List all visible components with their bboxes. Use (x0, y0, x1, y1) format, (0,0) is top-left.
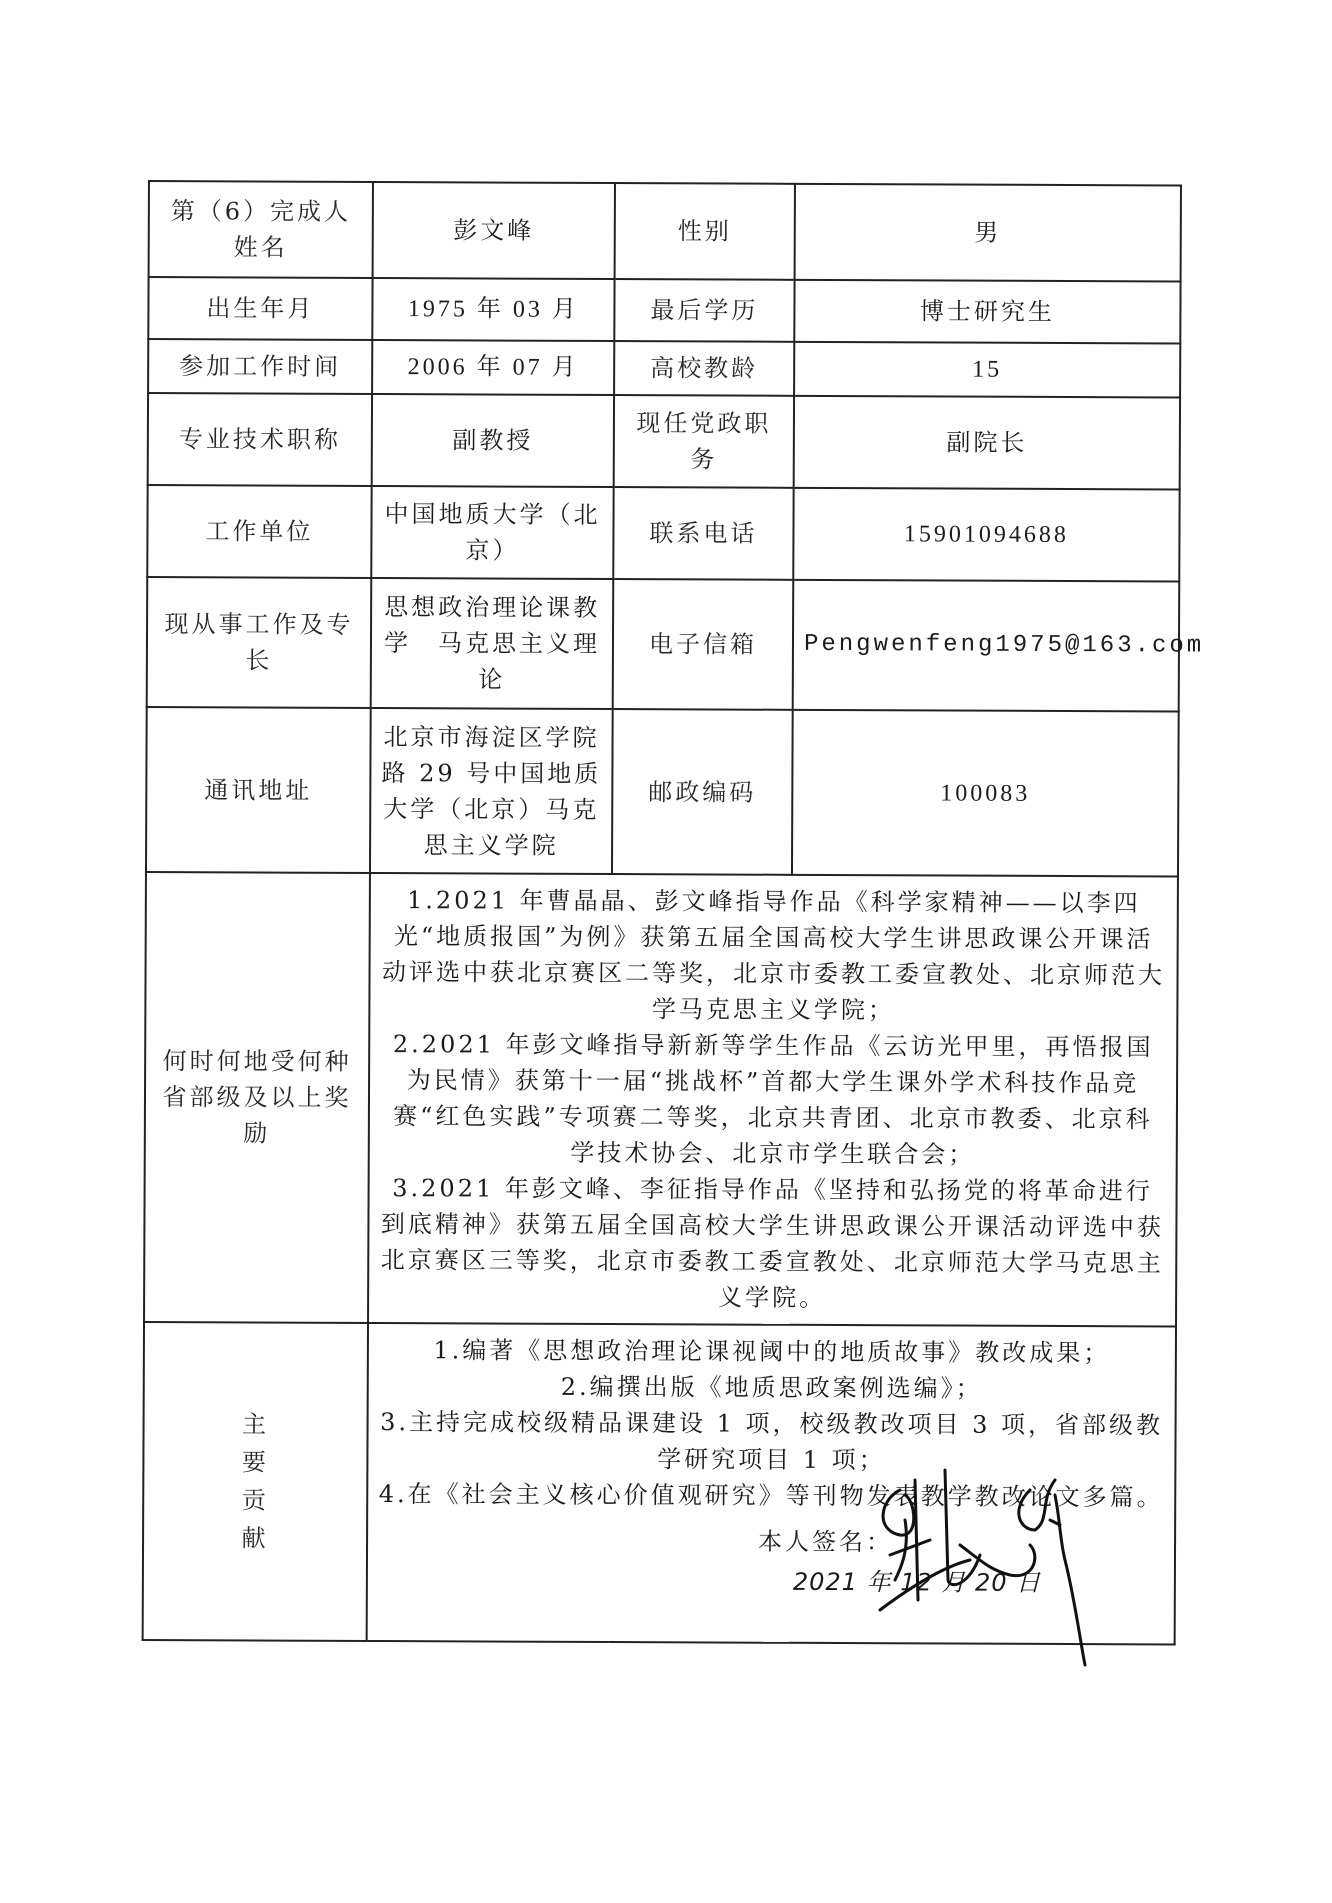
gender-value: 男 (795, 184, 1181, 282)
award-item: 3.2021 年彭文峰、李征指导作品《坚持和弘扬党的将革命进行到底精神》获第五届… (379, 1170, 1166, 1317)
award-item: 2.2021 年彭文峰指导新新等学生作品《云访光甲里，再悟报国为民情》获第十一届… (380, 1026, 1167, 1173)
row-employer-phone: 工作单位 中国地质大学（北京） 联系电话 15901094688 (147, 485, 1179, 582)
specialty-value: 思想政治理论课教学 马克思主义理论 (371, 578, 614, 709)
phone-value: 15901094688 (793, 488, 1179, 582)
row-contributions: 主 要 贡 献 1.编著《思想政治理论课视阈中的地质故事》教改成果； 2.编撰出… (143, 1322, 1176, 1644)
contribution-item: 2.编撰出版《地质思政案例选编》； (379, 1368, 1165, 1407)
birth-value: 1975 年 03 月 (372, 278, 614, 341)
phone-label: 联系电话 (613, 487, 793, 580)
position-label: 现任党政职务 (614, 395, 794, 488)
name-label: 第（6）完成人姓名 (149, 181, 373, 278)
email-label: 电子信箱 (613, 579, 794, 710)
awards-content: 1.2021 年曹晶晶、彭文峰指导作品《科学家精神——以李四光“地质报国”为例》… (368, 873, 1178, 1327)
name-value: 彭文峰 (373, 182, 615, 279)
label-char: 献 (242, 1524, 269, 1552)
teaching-years-label: 高校教龄 (614, 341, 794, 396)
row-awards: 何时何地受何种省部级及以上奖励 1.2021 年曹晶晶、彭文峰指导作品《科学家精… (144, 872, 1178, 1326)
work-start-label: 参加工作时间 (148, 339, 372, 394)
row-name-gender: 第（6）完成人姓名 彭文峰 性别 男 (149, 181, 1181, 282)
signature-label: 本人签名： (758, 1524, 893, 1561)
row-title-position: 专业技术职称 副教授 现任党政职务 副院长 (148, 393, 1180, 490)
contributions-content: 1.编著《思想政治理论课视阈中的地质故事》教改成果； 2.编撰出版《地质思政案例… (367, 1323, 1176, 1645)
teaching-years-value: 15 (794, 342, 1180, 398)
contribution-item: 3.主持完成校级精品课建设 1 项，校级教改项目 3 项，省部级教学研究项目 1… (378, 1404, 1164, 1479)
email-value: Pengwenfeng1975@163.com (793, 580, 1180, 712)
row-address-postcode: 通讯地址 北京市海淀区学院路 29 号中国地质大学（北京）马克思主义学院 邮政编… (146, 707, 1179, 877)
gender-label: 性别 (615, 183, 795, 280)
row-birth-education: 出生年月 1975 年 03 月 最后学历 博士研究生 (148, 277, 1180, 344)
postcode-label: 邮政编码 (612, 709, 793, 875)
employer-value: 中国地质大学（北京） (371, 486, 613, 579)
label-char: 要 (242, 1448, 269, 1476)
contribution-item: 4.在《社会主义核心价值观研究》等刊物发表教学教改论文多篇。 (378, 1476, 1164, 1515)
signature-date: 2021 年 12 月 20 日 (793, 1564, 1041, 1601)
address-label: 通讯地址 (146, 707, 371, 873)
position-value: 副院长 (794, 396, 1180, 490)
title-label: 专业技术职称 (148, 393, 372, 486)
label-char: 贡 (242, 1486, 269, 1514)
specialty-label: 现从事工作及专长 (147, 577, 372, 708)
signature-area: 本人签名： 2021 年 12 月 20 日 (378, 1512, 1165, 1635)
birth-label: 出生年月 (148, 277, 372, 340)
personnel-info-table: 第（6）完成人姓名 彭文峰 性别 男 出生年月 1975 年 03 月 最后学历… (142, 180, 1182, 1645)
scanned-form-page: 第（6）完成人姓名 彭文峰 性别 男 出生年月 1975 年 03 月 最后学历… (0, 0, 1332, 1903)
work-start-value: 2006 年 07 月 (372, 340, 614, 395)
title-value: 副教授 (372, 394, 614, 487)
row-specialty-email: 现从事工作及专长 思想政治理论课教学 马克思主义理论 电子信箱 Pengwenf… (147, 577, 1180, 712)
contribution-item: 1.编著《思想政治理论课视阈中的地质故事》教改成果； (379, 1332, 1165, 1371)
address-value: 北京市海淀区学院路 29 号中国地质大学（北京）马克思主义学院 (370, 708, 613, 874)
label-char: 主 (242, 1410, 269, 1438)
awards-label: 何时何地受何种省部级及以上奖励 (144, 872, 370, 1323)
contributions-label-vertical: 主 要 贡 献 (240, 1405, 271, 1557)
award-item: 1.2021 年曹晶晶、彭文峰指导作品《科学家精神——以李四光“地质报国”为例》… (380, 882, 1167, 1029)
contributions-label: 主 要 贡 献 (143, 1322, 368, 1641)
employer-label: 工作单位 (147, 485, 371, 578)
row-workstart-teaching: 参加工作时间 2006 年 07 月 高校教龄 15 (148, 339, 1180, 398)
education-label: 最后学历 (614, 279, 794, 342)
education-value: 博士研究生 (794, 280, 1180, 344)
postcode-value: 100083 (792, 710, 1179, 877)
